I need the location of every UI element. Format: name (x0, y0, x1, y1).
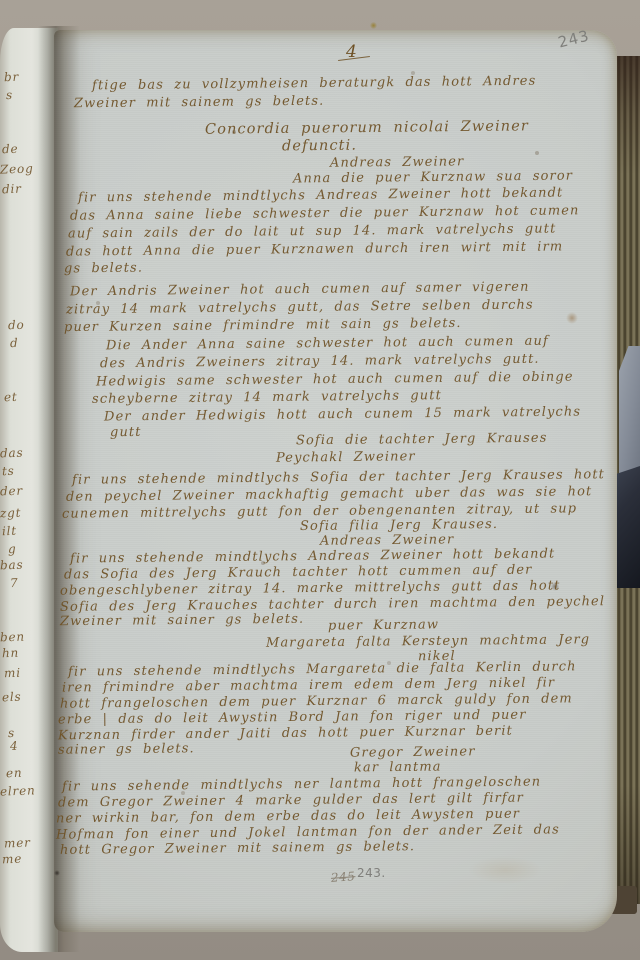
margin-fragment: hn (2, 646, 20, 661)
margin-fragment: der (0, 484, 23, 499)
heading-line: Anna die puer Kurznaw sua soror (293, 169, 573, 187)
margin-fragment: br (4, 70, 20, 85)
margin-fragment: d (10, 336, 19, 350)
manuscript-line: sainer gs belets. (58, 741, 195, 757)
margin-fragment: bas (0, 558, 24, 573)
margin-fragment: das (0, 446, 24, 461)
heading-line: Andreas Zweiner (330, 154, 464, 170)
margin-fragment: 4 (10, 739, 19, 753)
margin-fragment: et (4, 390, 18, 404)
margin-fragment: me (2, 852, 23, 867)
book-weight-highlight (619, 346, 640, 484)
ink-stain (566, 312, 578, 324)
manuscript-photo: 4 243 245 243. ftige bas zu vollzymheise… (0, 0, 640, 960)
margin-fragment: en (6, 766, 23, 781)
heading-line: Concordia puerorum nicolai Zweiner (205, 118, 529, 137)
margin-fragment: s (6, 88, 13, 102)
margin-fragment: de (2, 142, 19, 157)
manuscript-line: gutt (110, 425, 142, 440)
ink-stain (54, 870, 60, 876)
margin-fragment: zgt (0, 506, 21, 521)
margin-fragment: dir (2, 182, 22, 197)
margin-fragment: do (8, 318, 25, 333)
page-number-old-bottom: 245 (331, 869, 356, 885)
manuscript-line: Sofia die tachter Jerg Krauses (296, 431, 548, 449)
manuscript-line: Zweiner mit sainem gs belets. (74, 94, 324, 112)
manuscript-line: Zweiner mit sainer gs belets. (60, 612, 304, 630)
margin-fragment: els (2, 690, 22, 705)
heading-line: Sofia filia Jerg Krauses. (300, 517, 498, 534)
margin-fragment: elren (0, 783, 36, 798)
heading-line: defuncti. (282, 138, 357, 155)
margin-fragment: mi (4, 666, 21, 681)
margin-fragment: ts (2, 464, 15, 478)
foxing-stain (468, 856, 542, 884)
page-number-pencil-bottom: 243. (357, 866, 386, 880)
heading-line: puer Kurznaw (328, 617, 439, 633)
heading-line: Andreas Zweiner (320, 532, 454, 548)
margin-fragment: Zeog (0, 161, 34, 176)
margin-fragment: 7 (10, 576, 19, 590)
paper-specks (0, 0, 2, 2)
margin-fragment: mer (4, 836, 31, 851)
margin-fragment: ben (0, 630, 25, 645)
heading-line: Peychakl Zweiner (276, 449, 416, 465)
heading-line: Gregor Zweiner (350, 744, 476, 760)
margin-fragment: ilt (2, 524, 17, 539)
margin-fragment: g (8, 542, 17, 556)
manuscript-line: gs belets. (64, 261, 143, 277)
edge-fleck (370, 22, 377, 29)
heading-line: kar lantma (354, 760, 442, 776)
